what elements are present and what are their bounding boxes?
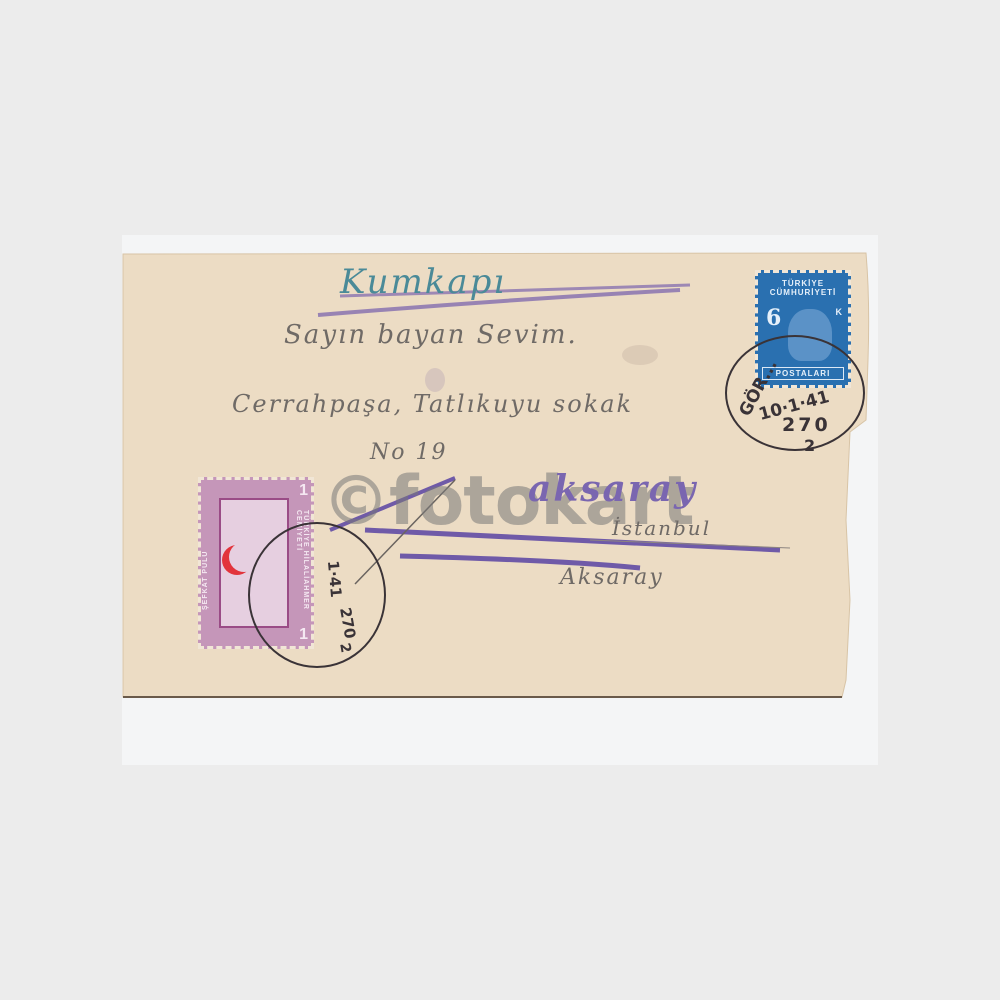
stamp-currency: K (836, 307, 843, 317)
address-line-2: Cerrahpaşa, Tatlıkuyu sokak (232, 390, 633, 418)
postmark-right-number: 2 (804, 436, 815, 455)
stamp-country-line2: CÜMHURİYETİ (758, 288, 848, 297)
redirect-text: aksaray (528, 468, 697, 510)
address-line-1: Sayın bayan Sevim. (284, 320, 578, 350)
stamp-country-line1: TÜRKİYE (758, 279, 848, 288)
crossed-out-top-text: Kumkapı (340, 262, 506, 302)
charity-left-text: ŞEFKAT PULU (202, 520, 216, 610)
crossed-out-bottom-text: Aksaray (560, 565, 664, 590)
city-text: İstanbul (612, 516, 711, 540)
postmark-left-date: 1·41 (324, 560, 345, 598)
postmark-right-code: 270 (782, 414, 831, 436)
charity-value-top: 1 (299, 482, 308, 500)
postmark-left (248, 522, 386, 668)
stamp-value: 6 (766, 305, 781, 331)
